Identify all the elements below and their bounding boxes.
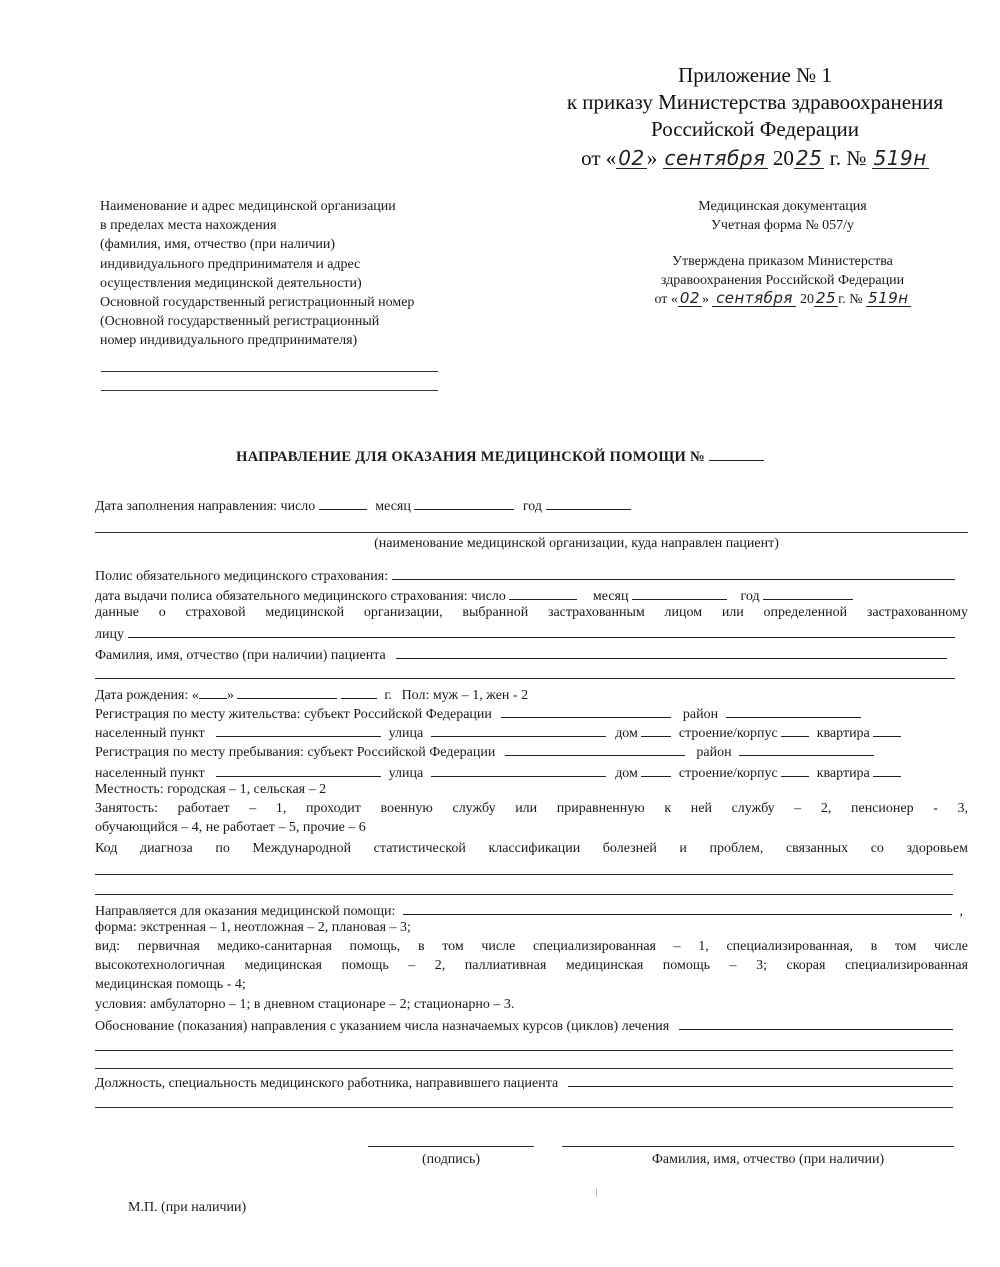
employment-options-line1: Занятость: работает – 1, проходит военну…	[95, 800, 968, 818]
insurer-field[interactable]	[128, 623, 955, 638]
org-value-line-2[interactable]	[101, 390, 438, 391]
appendix-order-ref: к приказу Министерства здравоохранения	[520, 89, 990, 116]
patient-fio-row: Фамилия, имя, отчество (при наличии) пац…	[95, 644, 947, 665]
residence-apartment-field[interactable]	[873, 722, 901, 737]
residence-settlement-field[interactable]	[216, 722, 381, 737]
policy-number-field[interactable]	[392, 565, 955, 580]
org-label-line: индивидуального предпринимателя и адрес	[100, 255, 414, 274]
justification-field[interactable]	[679, 1015, 953, 1030]
insurer-label: данные о страховой медицинской организац…	[95, 604, 968, 622]
appendix-order-date: от «02» сентября 2025 г. № 519н	[520, 145, 990, 172]
signer-name-caption: Фамилия, имя, отчество (при наличии)	[562, 1152, 954, 1168]
referral-type-options-line2: высокотехнологичная медицинская помощь –…	[95, 957, 968, 975]
org-label-line: (Основной государственный регистрационны…	[100, 312, 414, 331]
policy-row: Полис обязательного медицинского страхов…	[95, 565, 955, 586]
destination-org-caption: (наименование медицинской организации, к…	[95, 536, 968, 552]
fill-year-field[interactable]	[546, 495, 631, 510]
birth-day-field[interactable]	[199, 684, 227, 699]
meta-order-date: от «02» сентября 2025г. № 519н	[610, 290, 955, 309]
policy-issue-year-field[interactable]	[763, 585, 853, 600]
birth-year-field[interactable]	[341, 684, 377, 699]
meta-doc-type: Медицинская документация	[610, 197, 955, 216]
fill-date-row: Дата заполнения направления: число месяц…	[95, 495, 968, 516]
diagnosis-code-field[interactable]	[95, 874, 953, 875]
fill-day-field[interactable]	[319, 495, 367, 510]
stay-building-field[interactable]	[781, 762, 809, 777]
residence-region-field[interactable]	[501, 703, 671, 718]
justification-field-2[interactable]	[95, 1050, 953, 1051]
policy-issue-day-field[interactable]	[509, 585, 577, 600]
residence-region-row: Регистрация по месту жительства: субъект…	[95, 703, 968, 724]
appendix-month-field[interactable]: сентября	[663, 148, 768, 169]
residence-street-field[interactable]	[431, 722, 606, 737]
scan-artifact	[596, 1188, 597, 1197]
justification-row: Обоснование (показания) направления с ук…	[95, 1015, 953, 1036]
referring-worker-field[interactable]	[568, 1072, 953, 1087]
referral-conditions-options: условия: амбулаторно – 1; в дневном стац…	[95, 996, 968, 1014]
stay-street-field[interactable]	[431, 762, 606, 777]
referral-type-options-line1: вид: первичная медико-санитарная помощь,…	[95, 938, 968, 956]
stamp-placeholder: М.П. (при наличии)	[128, 1200, 246, 1216]
referral-row: Направляется для оказания медицинской по…	[95, 900, 963, 921]
stay-apartment-field[interactable]	[873, 762, 901, 777]
justification-field-3[interactable]	[95, 1068, 953, 1069]
org-label-line: Наименование и адрес медицинской организ…	[100, 197, 414, 216]
appendix-day-field[interactable]: 02	[616, 148, 646, 169]
insurer-row: лицу	[95, 623, 955, 644]
meta-month-field[interactable]: сентября	[712, 290, 796, 307]
stay-house-field[interactable]	[641, 762, 671, 777]
document-meta-block: Медицинская документация Учетная форма №…	[610, 197, 955, 309]
signature-caption: (подпись)	[368, 1152, 534, 1168]
referral-purpose-field[interactable]	[403, 900, 951, 915]
appendix-year-field[interactable]: 25	[794, 148, 824, 169]
meta-approved-line2: здравоохранения Российской Федерации	[610, 271, 955, 290]
residence-building-field[interactable]	[781, 722, 809, 737]
policy-issue-month-field[interactable]	[632, 585, 727, 600]
policy-issue-date-row: дата выдачи полиса обязательного медицин…	[95, 585, 968, 606]
referring-worker-field-2[interactable]	[95, 1107, 953, 1108]
appendix-order-number-field[interactable]: 519н	[872, 148, 929, 169]
meta-day-field[interactable]: 02	[678, 290, 702, 307]
patient-fio-field[interactable]	[396, 644, 947, 659]
appendix-header: Приложение № 1 к приказу Министерства зд…	[520, 62, 990, 172]
org-label-line: в пределах места нахождения	[100, 216, 414, 235]
appendix-country: Российской Федерации	[520, 116, 990, 143]
appendix-number: Приложение № 1	[520, 62, 990, 89]
birth-month-field[interactable]	[237, 684, 337, 699]
org-label-line: (фамилия, имя, отчество (при наличии)	[100, 235, 414, 254]
meta-order-number-field[interactable]: 519н	[866, 290, 910, 307]
residence-address-row: населенный пункт улица дом строение/корп…	[95, 722, 968, 743]
referring-worker-row: Должность, специальность медицинского ра…	[95, 1072, 953, 1093]
meta-year-field[interactable]: 25	[814, 290, 838, 307]
signature-field[interactable]	[368, 1146, 534, 1147]
document-title: НАПРАВЛЕНИЕ ДЛЯ ОКАЗАНИЯ МЕДИЦИНСКОЙ ПОМ…	[100, 446, 900, 466]
organization-block: Наименование и адрес медицинской организ…	[100, 197, 414, 351]
residence-district-field[interactable]	[726, 703, 861, 718]
org-value-line-1[interactable]	[101, 371, 438, 372]
diagnosis-code-field-2[interactable]	[95, 894, 953, 895]
org-label-line: номер индивидуального предпринимателя)	[100, 331, 414, 350]
referral-number-field[interactable]	[709, 446, 764, 461]
stay-district-field[interactable]	[739, 741, 874, 756]
org-label-line: Основной государственный регистрационный…	[100, 293, 414, 312]
stay-region-field[interactable]	[505, 741, 685, 756]
referral-type-options-line3: медицинская помощь - 4;	[95, 976, 968, 994]
stay-address-row: населенный пункт улица дом строение/корп…	[95, 762, 968, 783]
meta-form-number: Учетная форма № 057/у	[610, 216, 955, 235]
diagnosis-label: Код диагноза по Международной статистиче…	[95, 840, 968, 858]
meta-approved-line1: Утверждена приказом Министерства	[610, 252, 955, 271]
referral-form-options: форма: экстренная – 1, неотложная – 2, п…	[95, 919, 968, 937]
patient-fio-field-2[interactable]	[95, 678, 955, 679]
employment-options-line2: обучающийся – 4, не работает – 5, прочие…	[95, 819, 968, 837]
fill-month-field[interactable]	[414, 495, 514, 510]
stay-settlement-field[interactable]	[216, 762, 381, 777]
stay-region-row: Регистрация по месту пребывания: субъект…	[95, 741, 968, 762]
birth-date-row: Дата рождения: «» г. Пол: муж – 1, жен -…	[95, 684, 968, 705]
residence-house-field[interactable]	[641, 722, 671, 737]
locality-options: Местность: городская – 1, сельская – 2	[95, 781, 968, 799]
signer-name-field[interactable]	[562, 1146, 954, 1147]
org-label-line: осуществления медицинской деятельности)	[100, 274, 414, 293]
destination-org-field[interactable]	[95, 532, 968, 533]
